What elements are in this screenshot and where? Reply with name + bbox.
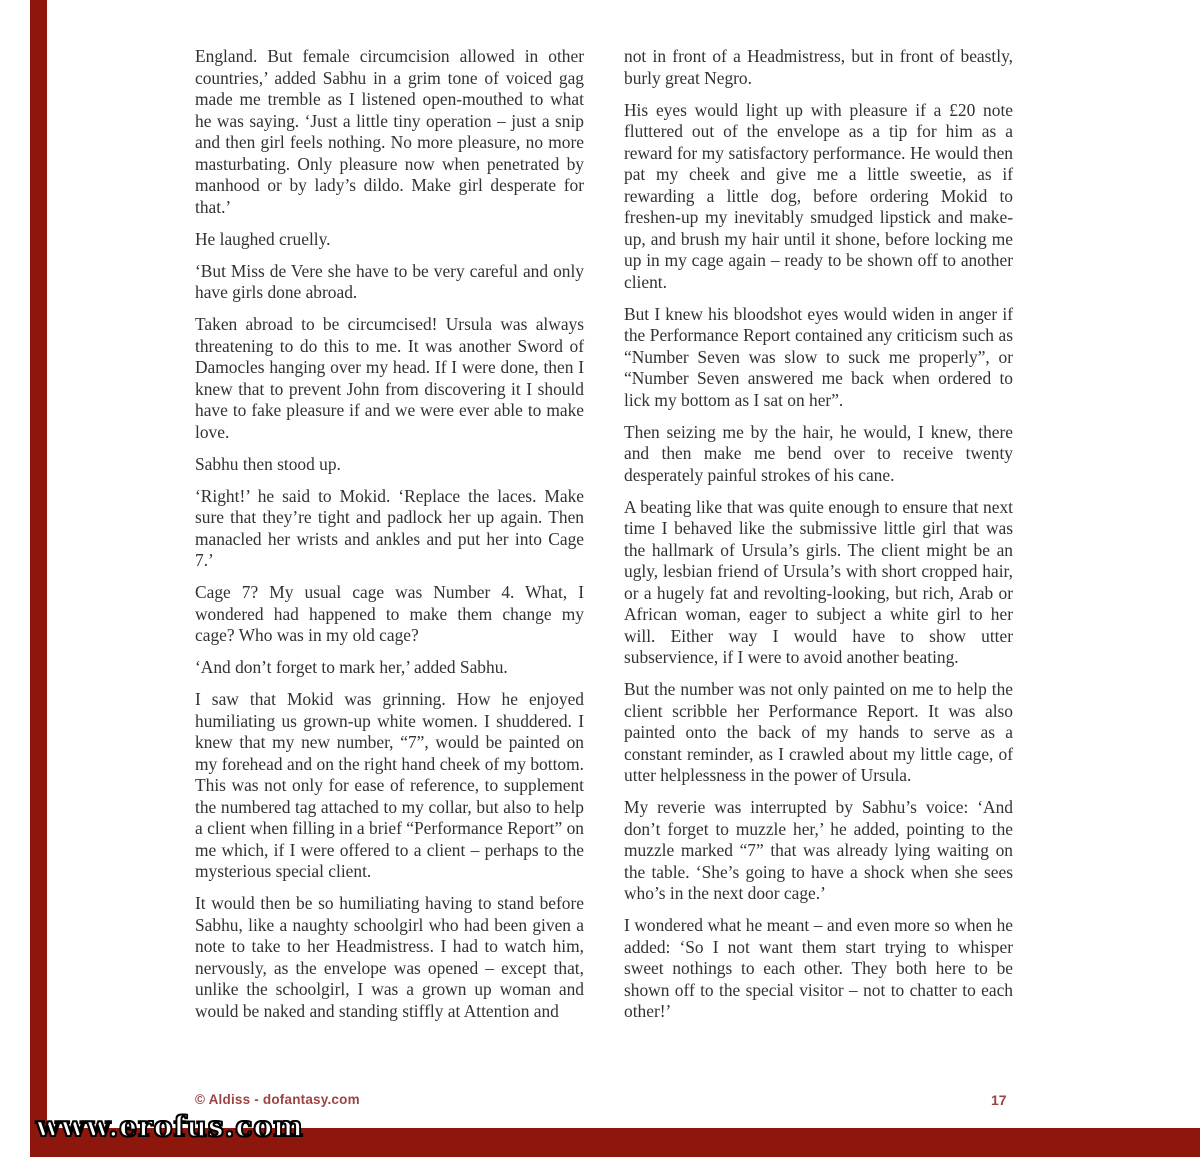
paragraph: Taken abroad to be circumcised! Ursula w…: [195, 314, 584, 443]
paragraph: ‘Right!’ he said to Mokid. ‘Replace the …: [195, 486, 584, 572]
paragraph: It would then be so humiliating having t…: [195, 893, 584, 1022]
paragraph: Then seizing me by the hair, he would, I…: [624, 422, 1013, 487]
paragraph: England. But female circumcision allowed…: [195, 46, 584, 218]
paragraph: But the number was not only painted on m…: [624, 679, 1013, 787]
site-watermark: www.erofus.com: [36, 1110, 304, 1143]
paragraph: I wondered what he meant – and even more…: [624, 915, 1013, 1023]
paragraph: But I knew his bloodshot eyes would wide…: [624, 304, 1013, 412]
scanned-book-page: { "page": { "footer": { "credit": "© Ald…: [0, 0, 1200, 1157]
text-column-right: not in front of a Headmistress, but in f…: [624, 46, 1013, 1033]
page-frame-left-border: [30, 0, 47, 1157]
paragraph: ‘But Miss de Vere she have to be very ca…: [195, 261, 584, 304]
copyright-credit: © Aldiss - dofantasy.com: [195, 1092, 360, 1107]
paragraph: Sabhu then stood up.: [195, 454, 584, 476]
page-number: 17: [991, 1092, 1007, 1108]
paragraph: ‘And don’t forget to mark her,’ added Sa…: [195, 657, 584, 679]
paragraph: He laughed cruelly.: [195, 229, 584, 251]
paragraph: My reverie was interrupted by Sabhu’s vo…: [624, 797, 1013, 905]
text-column-left: England. But female circumcision allowed…: [195, 46, 584, 1033]
paragraph: His eyes would light up with pleasure if…: [624, 100, 1013, 294]
paragraph: Cage 7? My usual cage was Number 4. What…: [195, 582, 584, 647]
paragraph: I saw that Mokid was grinning. How he en…: [195, 689, 584, 883]
paragraph: A beating like that was quite enough to …: [624, 497, 1013, 669]
paragraph: not in front of a Headmistress, but in f…: [624, 46, 1013, 89]
page-text-content: England. But female circumcision allowed…: [195, 46, 1013, 1033]
